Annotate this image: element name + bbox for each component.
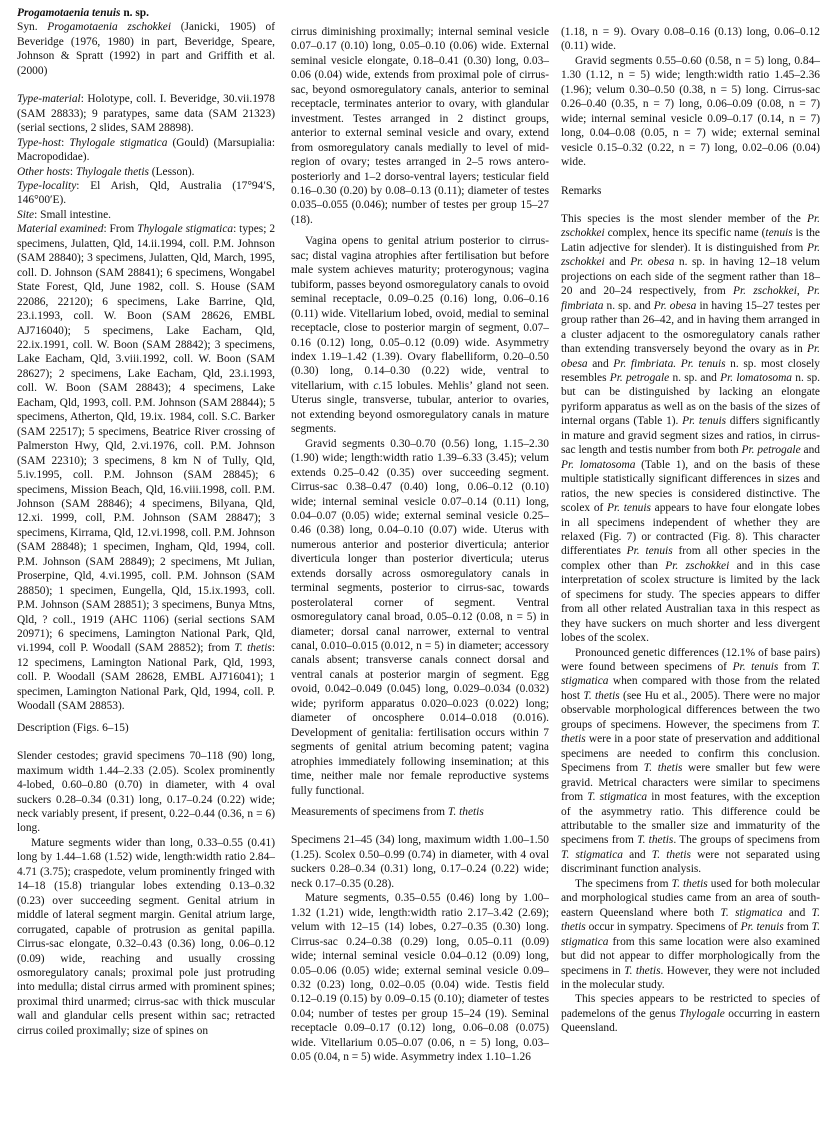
italic-term: T. thetis bbox=[637, 834, 673, 846]
italic-term: c. bbox=[373, 380, 381, 392]
italic-term: Pr. tenuis bbox=[607, 502, 651, 514]
italic-term: T. thetis bbox=[672, 878, 708, 890]
italic-term: Pr. zschokkei bbox=[665, 560, 729, 572]
italic-term: Pr. zschokkei bbox=[561, 242, 820, 268]
measurements-paragraph: Specimens 21–45 (34) long, maximum width… bbox=[291, 833, 549, 891]
remarks-paragraph: The specimens from T. thetis used for bo… bbox=[561, 877, 820, 993]
italic-term: Pr. obesa bbox=[630, 256, 674, 268]
material-examined: Material examined: From Thylogale stigma… bbox=[17, 222, 275, 713]
italic-term: T. stigmatica bbox=[561, 849, 623, 861]
description-paragraph: Slender cestodes; gravid specimens 70–11… bbox=[17, 749, 275, 836]
description-paragraph: cirrus diminishing proximally; internal … bbox=[291, 25, 549, 227]
remarks-heading: Remarks bbox=[561, 184, 820, 198]
remarks-paragraph: Pronounced genetic differences (12.1% of… bbox=[561, 646, 820, 877]
italic-term: Pr. tenuis bbox=[627, 545, 673, 557]
site: Site: Small intestine. bbox=[17, 208, 275, 222]
italic-term: Pr. fimbriata. Pr. tenuis bbox=[613, 358, 725, 370]
italic-term: Progamotaenia zschokkei bbox=[47, 21, 171, 33]
italic-term: T. stigmatica bbox=[720, 907, 782, 919]
species-suffix: n. sp. bbox=[120, 7, 149, 19]
species-name: Progamotaenia tenuis bbox=[17, 7, 120, 19]
italic-term: Type-locality bbox=[17, 180, 76, 192]
italic-term: Pr. petrogale bbox=[742, 444, 801, 456]
italic-term: Pr. tenuis bbox=[733, 661, 779, 673]
italic-term: T. thetis bbox=[624, 965, 660, 977]
description-paragraph: Mature segments wider than long, 0.33–0.… bbox=[17, 836, 275, 1038]
italic-term: T. thetis bbox=[448, 806, 484, 818]
synonymy: Syn. Progamotaenia zschokkei (Janicki, 1… bbox=[17, 20, 275, 78]
column-3: (1.18, n = 9). Ovary 0.08–0.16 (0.13) lo… bbox=[561, 25, 820, 1036]
other-hosts: Other hosts: Thylogale thetis (Lesson). bbox=[17, 165, 275, 179]
italic-term: T. thetis bbox=[644, 762, 683, 774]
description-paragraph: Vagina opens to genital atrium posterior… bbox=[291, 234, 549, 436]
italic-term: Thylogale thetis bbox=[76, 166, 149, 178]
italic-term: Thylogale bbox=[679, 1008, 725, 1020]
italic-term: T. stigmatica bbox=[561, 661, 820, 687]
italic-term: T. thetis bbox=[652, 849, 691, 861]
type-material: Type-material: Holotype, coll. I. Beveri… bbox=[17, 92, 275, 135]
italic-term: Other hosts bbox=[17, 166, 70, 178]
italic-term: Pr. petrogale bbox=[610, 372, 669, 384]
italic-term: Type-material bbox=[17, 93, 81, 105]
italic-term: T. thetis bbox=[234, 642, 271, 654]
italic-term: Site bbox=[17, 209, 34, 221]
italic-term: Material examined bbox=[17, 223, 103, 235]
remarks-paragraph: This species appears to be restricted to… bbox=[561, 992, 820, 1035]
measurements-paragraph: (1.18, n = 9). Ovary 0.08–0.16 (0.13) lo… bbox=[561, 25, 820, 54]
italic-term: T. thetis bbox=[561, 719, 820, 745]
italic-term: Type-host bbox=[17, 137, 61, 149]
type-locality: Type-locality: El Arish, Qld, Australia … bbox=[17, 179, 275, 208]
paper-page: Progamotaenia tenuis n. sp. Syn. Progamo… bbox=[0, 0, 830, 1134]
italic-term: Pr. obesa bbox=[654, 300, 697, 312]
italic-term: Thylogale stigmatica bbox=[137, 223, 233, 235]
italic-term: T. stigmatica bbox=[587, 791, 647, 803]
italic-term: Pr. lomatosoma bbox=[561, 459, 635, 471]
type-host: Type-host: Thylogale stigmatica (Gould) … bbox=[17, 136, 275, 165]
italic-term: tenuis bbox=[765, 227, 792, 239]
species-title: Progamotaenia tenuis n. sp. bbox=[17, 6, 275, 20]
column-2: cirrus diminishing proximally; internal … bbox=[291, 25, 549, 1065]
italic-term: Pr. lomatosoma bbox=[720, 372, 792, 384]
italic-term: Pr. tenuis bbox=[741, 921, 784, 933]
italic-term: T. thetis bbox=[583, 690, 619, 702]
measurements-paragraph: Gravid segments 0.55–0.60 (0.58, n = 5) … bbox=[561, 54, 820, 170]
description-paragraph: Gravid segments 0.30–0.70 (0.56) long, 1… bbox=[291, 437, 549, 798]
measurements-heading: Measurements of specimens from T. thetis bbox=[291, 805, 549, 819]
description-heading: Description (Figs. 6–15) bbox=[17, 721, 275, 735]
remarks-paragraph: This species is the most slender member … bbox=[561, 212, 820, 646]
measurements-paragraph: Mature segments, 0.35–0.55 (0.46) long b… bbox=[291, 891, 549, 1064]
italic-term: Thylogale stigmatica bbox=[69, 137, 167, 149]
italic-term: Pr. tenuis bbox=[682, 415, 726, 427]
column-1: Progamotaenia tenuis n. sp. Syn. Progamo… bbox=[17, 6, 275, 1038]
italic-term: Pr. zschokkei bbox=[733, 285, 797, 297]
